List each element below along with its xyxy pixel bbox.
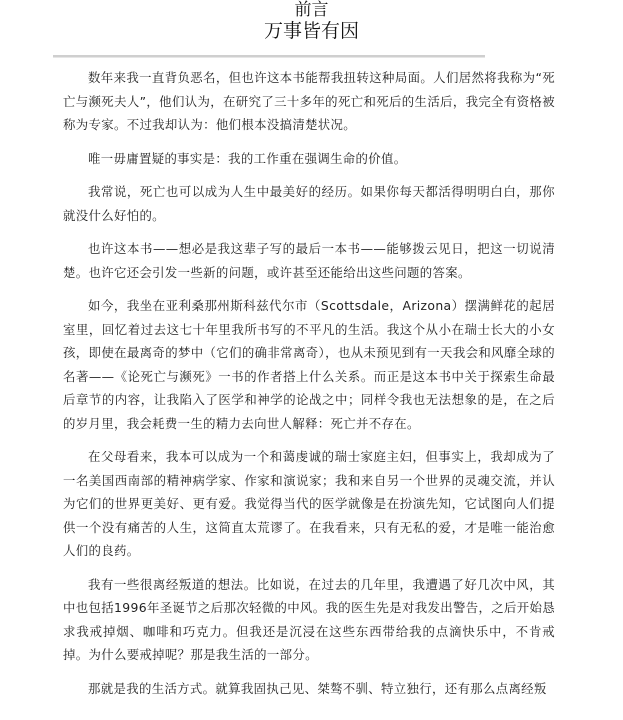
chapter-label: 前言 <box>0 1 623 20</box>
chapter-title: 万事皆有因 <box>0 20 623 42</box>
paragraph-5: 如今，我坐在亚利桑那州斯科兹代尔市（Scottsdale，Arizona）摆满鲜… <box>63 294 555 435</box>
paragraph-7: 我有一些很离经叛道的想法。比如说，在过去的几年里，我遭遇了好几次中风，其中也包括… <box>63 573 555 667</box>
paragraph-1: 数年来我一直背负恶名，但也许这本书能帮我扭转这种局面。人们居然将我称为“死亡与濒… <box>63 66 555 137</box>
paragraph-4: 也许这本书——想必是我这辈子写的最后一本书——能够拨云见日，把这一切说清楚。也许… <box>63 237 555 284</box>
header-divider <box>53 55 485 58</box>
chapter-header: 前言 万事皆有因 <box>0 0 623 42</box>
paragraph-6: 在父母看来，我本可以成为一个和蔼虔诚的瑞士家庭主妇，但事实上，我却成为了一名美国… <box>63 445 555 563</box>
document-body: 数年来我一直背负恶名，但也许这本书能帮我扭转这种局面。人们居然将我称为“死亡与濒… <box>63 66 555 710</box>
paragraph-3: 我常说，死亡也可以成为人生中最美好的经历。如果你每天都活得明明白白，那你就没什么… <box>63 180 555 227</box>
paragraph-8: 那就是我的生活方式。就算我固执己见、桀骜不驯、特立独行，还有那么点离经叛 <box>63 677 555 701</box>
paragraph-2: 唯一毋庸置疑的事实是：我的工作重在强调生命的价值。 <box>63 147 555 171</box>
